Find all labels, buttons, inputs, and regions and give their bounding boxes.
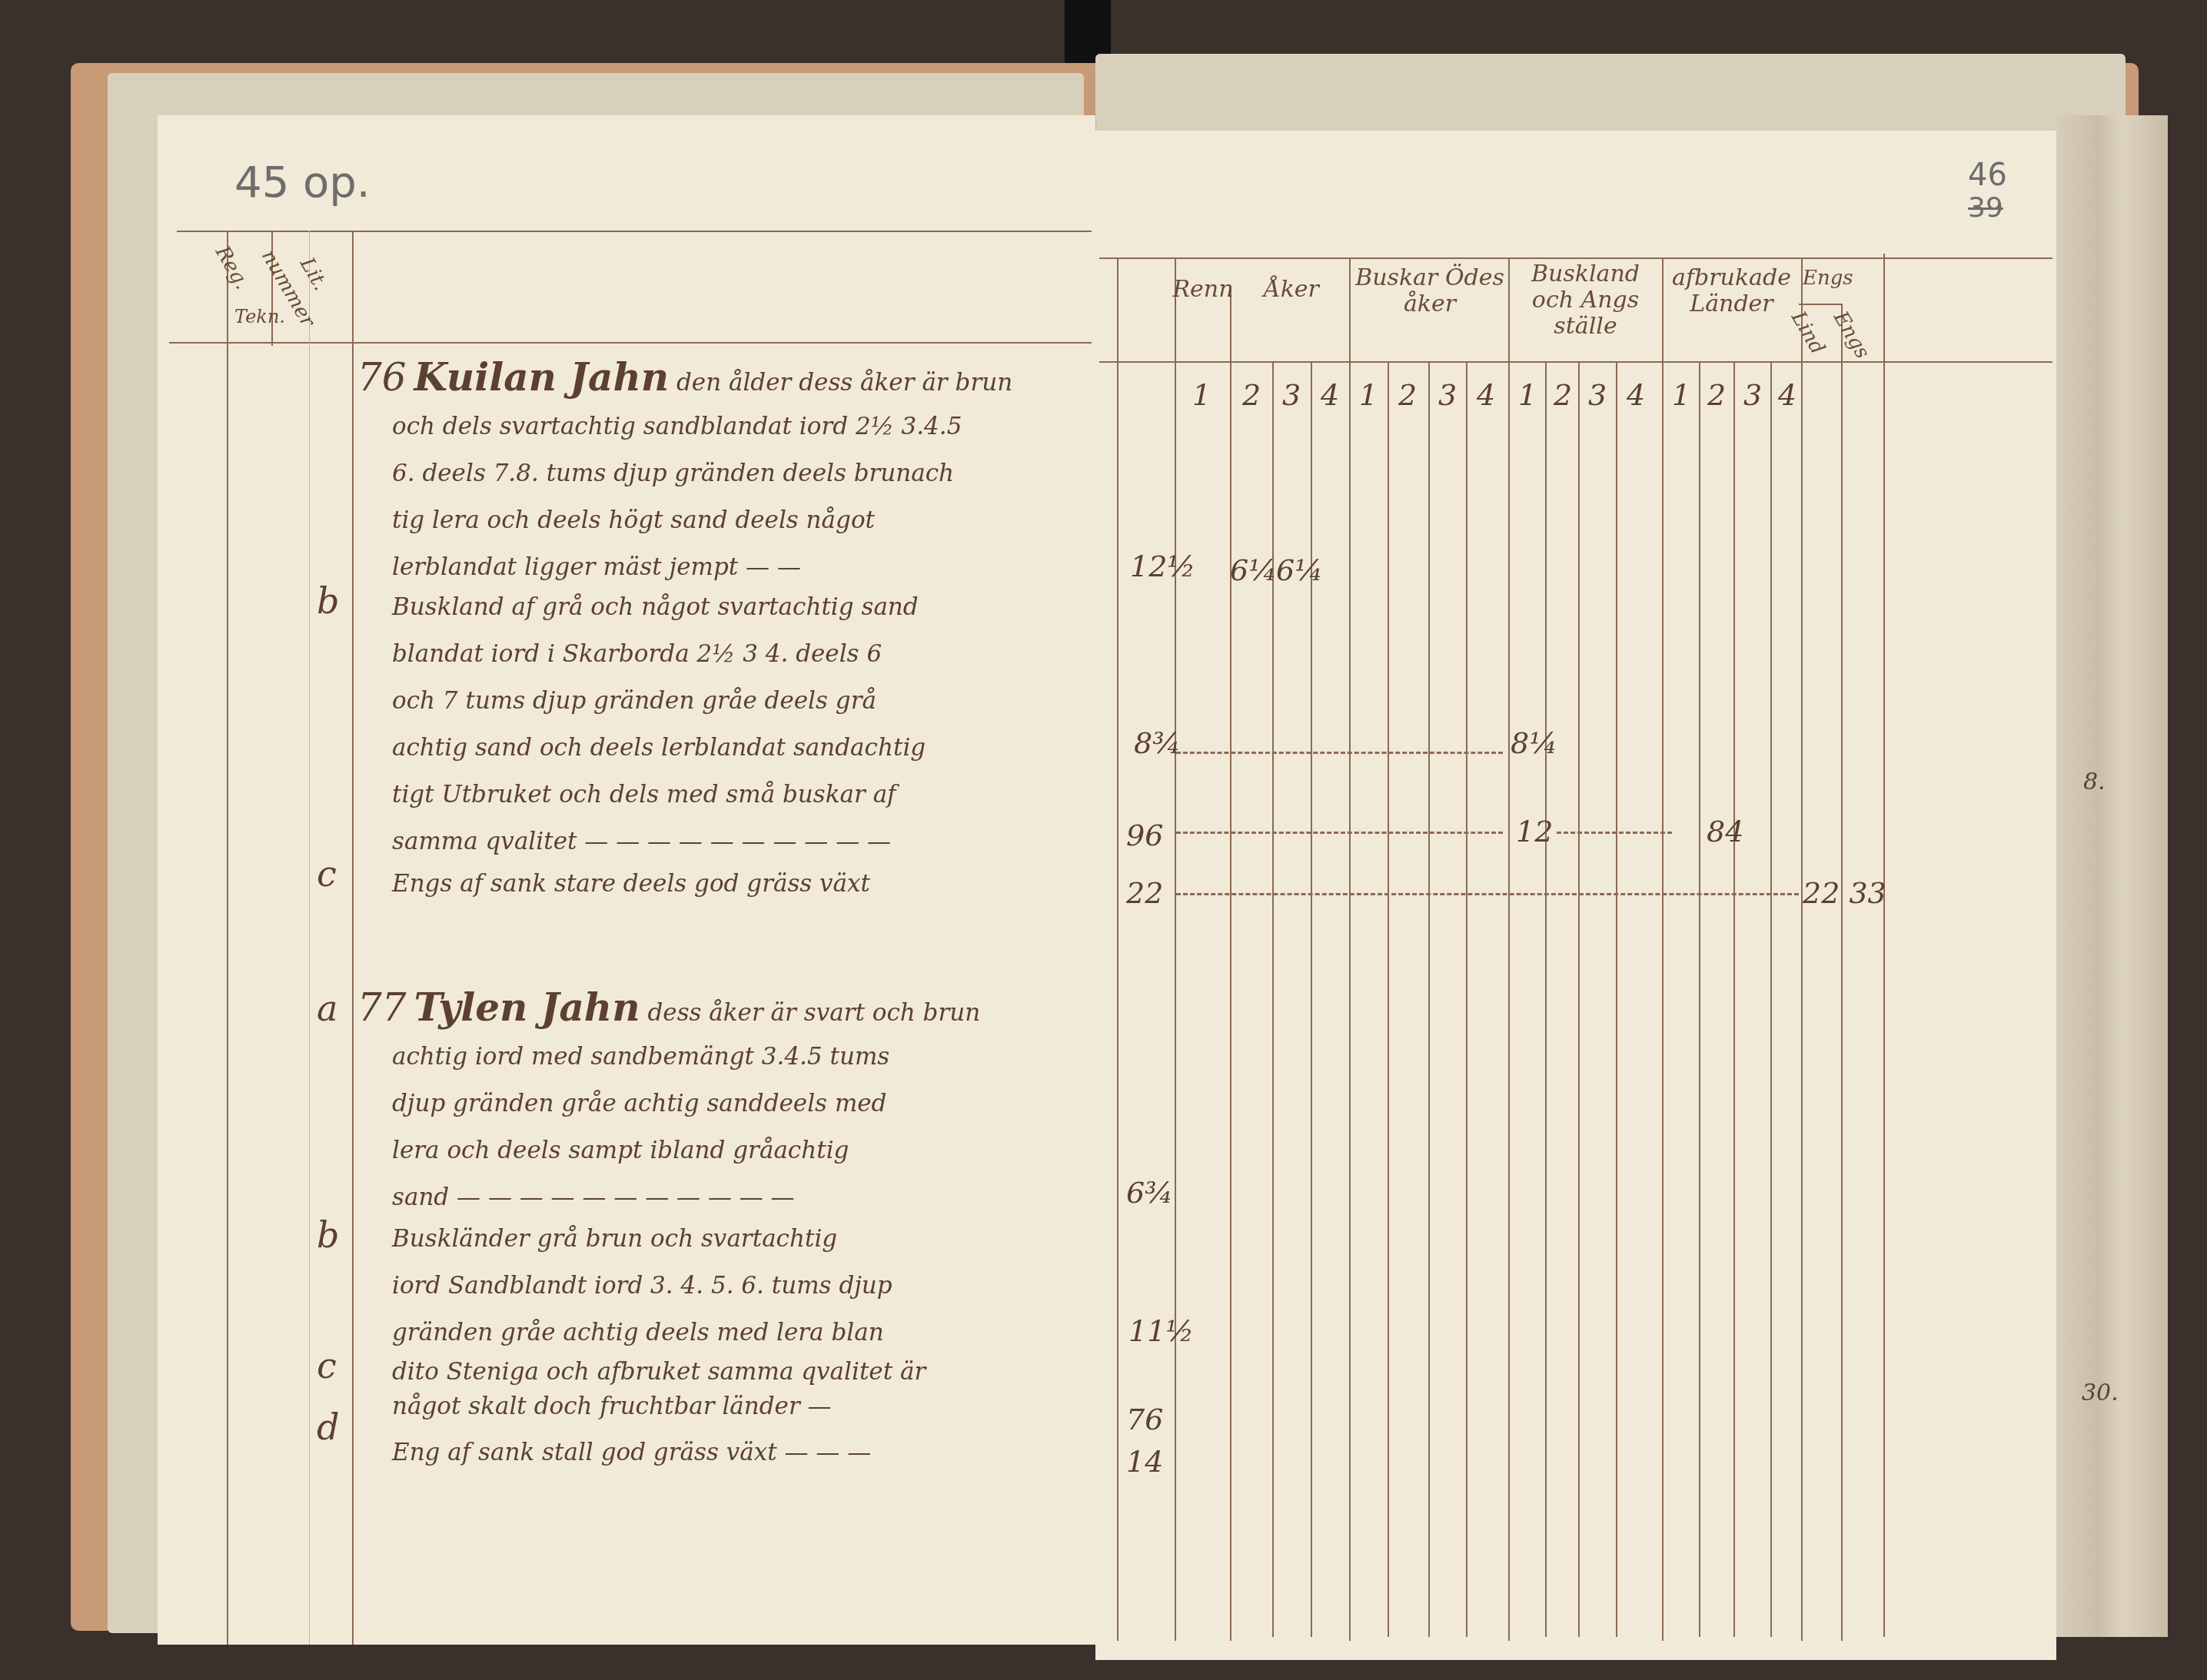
entry-77-sub-c-letter: c xyxy=(317,1345,337,1386)
subhdr-afbrukade-2: 2 xyxy=(1697,378,1736,412)
subhdr-aker-2: 2 xyxy=(1232,378,1271,412)
row-76b2-leader xyxy=(1176,832,1503,834)
entry-76c-line-0: Engs af sank stare deels god gräss växt xyxy=(392,861,870,908)
entry-77-sub-d-letter: d xyxy=(317,1406,339,1448)
row-76b2-afbrukade-2: 84 xyxy=(1707,815,1743,848)
subhdr-buskland-4: 4 xyxy=(1617,378,1655,412)
right-page xyxy=(1095,131,2056,1660)
subhdr-buskland-1: 1 xyxy=(1508,378,1547,412)
left-header-top-rule xyxy=(177,231,1092,232)
entry-76-line-1: och dels svartachtig sandblandat iord 2½… xyxy=(392,403,962,450)
col-rule-1 xyxy=(1230,288,1231,1641)
col-header-engs: Engs xyxy=(1803,265,1841,291)
col-rule-total xyxy=(1117,257,1118,1641)
edge-mark-30: 30. xyxy=(2082,1380,2119,1406)
subhdr-buskar-3: 3 xyxy=(1428,378,1467,412)
subhdr-buskar-1: 1 xyxy=(1349,378,1388,412)
entry-77-heading: 77 Tylen Jahn dess åker är svart och bru… xyxy=(357,984,980,1037)
col-header-buskland: Buskland och Angs ställe xyxy=(1511,261,1660,340)
left-header-bottom-rule xyxy=(169,342,1092,344)
entry-77b-line-0: Buskländer grå brun och svartachtig xyxy=(392,1216,837,1263)
entry-76b-line-1: blandat iord i Skarborda 2½ 3 4. deels 6 xyxy=(392,631,882,678)
row-77c-total: 76 xyxy=(1126,1403,1163,1436)
left-col-rule-3 xyxy=(309,231,310,1645)
col-rule-10 xyxy=(1578,361,1580,1637)
entry-77-line-1: achtig iord med sandbemängt 3.4.5 tums xyxy=(392,1034,889,1081)
entry-77-line-0: dess åker är svart och brun xyxy=(647,999,980,1027)
col-header-afbrukade: afbrukade Länder xyxy=(1664,265,1799,317)
col-rule-13 xyxy=(1699,361,1700,1637)
col-rule-15 xyxy=(1770,361,1772,1637)
col-header-aker: Åker xyxy=(1238,277,1345,303)
col-rule-7 xyxy=(1466,361,1467,1637)
entry-76-line-3: tig lera och deels högt sand deels något xyxy=(392,497,875,544)
subhdr-afbrukade-3: 3 xyxy=(1733,378,1772,412)
entry-77-line-3: lera och deels sampt ibland gråachtig xyxy=(392,1127,849,1174)
row-77d-total: 14 xyxy=(1126,1445,1163,1479)
entry-76-name: Kuilan Jahn xyxy=(414,354,669,400)
entry-77b-line-1: iord Sandblandt iord 3. 4. 5. 6. tums dj… xyxy=(392,1263,892,1310)
entry-76b-line-2: och 7 tums djup gränden gråe deels grå xyxy=(392,678,876,725)
edge-mark-8: 8. xyxy=(2083,769,2106,795)
right-folio-number: 46 xyxy=(1968,158,2007,193)
entry-76b-line-4: tigt Utbruket och dels med små buskar af xyxy=(392,772,896,818)
subhdr-afbrukade-4: 4 xyxy=(1768,378,1806,412)
row-76b2-total: 96 xyxy=(1126,818,1163,852)
entry-76b-line-0: Buskland af grå och något svartachtig sa… xyxy=(392,584,919,631)
col-rule-12 xyxy=(1662,257,1664,1641)
subhdr-buskland-3: 3 xyxy=(1578,378,1617,412)
subhdr-aker-4: 4 xyxy=(1311,378,1349,412)
right-page-edges xyxy=(2052,115,2168,1637)
row-77a-total: 6¾ xyxy=(1126,1176,1173,1210)
left-col-rule-4 xyxy=(352,231,354,1645)
subhdr-renn-1: 1 xyxy=(1182,378,1221,412)
entry-77-line-2: djup gränden gråe achtig sanddeels med xyxy=(392,1081,886,1127)
col-header-buskar: Buskar Ödes åker xyxy=(1353,265,1507,317)
col-rule-17 xyxy=(1841,304,1843,1641)
col-rule-16 xyxy=(1801,257,1803,1641)
col-rule-4 xyxy=(1349,257,1351,1641)
col-rule-11 xyxy=(1616,361,1617,1637)
row-76a-total: 12½ xyxy=(1130,549,1195,583)
row-76a-aker-2: 6¼ xyxy=(1230,553,1277,587)
entry-76-line-0: den ålder dess åker är brun xyxy=(676,369,1012,397)
col-rule-9 xyxy=(1545,361,1547,1637)
entry-77-sub-b-letter: b xyxy=(317,1214,339,1256)
left-folio-number: 45 op. xyxy=(234,158,371,208)
row-76c-engs: 22 33 xyxy=(1803,876,1886,910)
col-rule-3 xyxy=(1311,361,1312,1637)
col-rule-8 xyxy=(1508,257,1510,1641)
row-76c-leader xyxy=(1176,893,1799,895)
row-76b-leader xyxy=(1176,752,1503,754)
col-rule-0 xyxy=(1175,257,1176,1641)
entry-77-name: Tylen Jahn xyxy=(414,984,640,1030)
subhdr-buskland-2: 2 xyxy=(1544,378,1582,412)
entry-77-number: 77 xyxy=(357,985,407,1030)
subhdr-aker-3: 3 xyxy=(1272,378,1311,412)
col-rule-5 xyxy=(1388,361,1389,1637)
subhdr-buskar-4: 4 xyxy=(1467,378,1505,412)
row-76b2-leader-2 xyxy=(1557,832,1672,834)
left-col-rule-1 xyxy=(227,231,228,1645)
entry-76-line-2: 6. deels 7.8. tums djup gränden deels br… xyxy=(392,450,954,497)
col-rule-18 xyxy=(1883,254,1885,1637)
entry-77-line-4: sand — — — — — — — — — — — xyxy=(392,1174,795,1221)
entry-77d-line-0: Eng af sank stall god gräss växt — — — xyxy=(392,1429,871,1476)
engs-split-rule xyxy=(1799,304,1841,305)
entry-76b-line-5: samma qvalitet — — — — — — — — — — xyxy=(392,818,891,865)
col-rule-14 xyxy=(1733,361,1735,1637)
row-76b-buskland-1: 8¼ xyxy=(1511,726,1557,760)
subhdr-buskar-2: 2 xyxy=(1388,378,1427,412)
row-76b2-buskland-1: 12 xyxy=(1516,815,1553,848)
entry-76-sub-c-letter: c xyxy=(317,853,337,895)
right-header-top-rule xyxy=(1099,257,2052,259)
row-77b-total: 11½ xyxy=(1128,1314,1194,1348)
subhdr-afbrukade-1: 1 xyxy=(1662,378,1700,412)
right-header-bottom-rule xyxy=(1099,361,2052,363)
row-76c-total: 22 xyxy=(1126,876,1163,910)
entry-76-sub-b-letter: b xyxy=(317,580,339,622)
entry-76-heading: 76 Kuilan Jahn den ålder dess åker är br… xyxy=(357,354,1012,407)
entry-76-number: 76 xyxy=(357,355,407,400)
entry-77-prefix-letter: a xyxy=(317,988,337,1029)
header-tekn: Tekn. xyxy=(234,304,273,330)
entry-77c-line-1: något skalt doch fruchtbar länder — xyxy=(392,1383,832,1430)
col-header-renn: Renn xyxy=(1168,277,1238,303)
row-76b-total: 8¾ xyxy=(1134,726,1181,760)
entry-76b-line-3: achtig sand och deels lerblandat sandach… xyxy=(392,725,926,772)
row-76a-aker-3: 6¼ xyxy=(1276,553,1323,587)
right-folio-struck: 39 xyxy=(1968,192,2003,224)
col-rule-6 xyxy=(1428,361,1430,1637)
col-rule-2 xyxy=(1272,361,1274,1637)
